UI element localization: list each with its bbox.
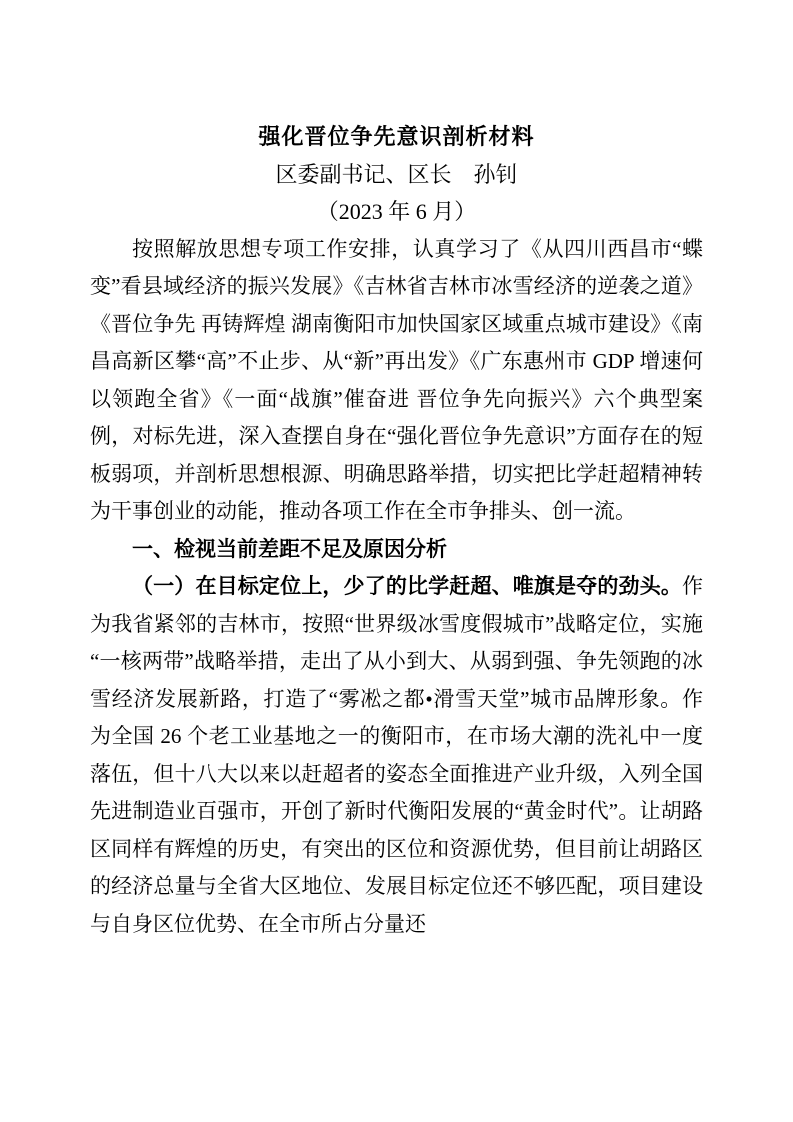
subsection-1-text: 作为我省紧邻的吉林市，按照“世界级冰雪度假城市”战略定位，实施“一核两带”战略举…	[90, 574, 703, 936]
document-page: 强化晋位争先意识剖析材料 区委副书记、区长 孙钊 （2023 年 6 月） 按照…	[0, 0, 793, 1122]
subsection-1-lead: （一）在目标定位上，少了的比学赶超、唯旗是夺的劲头。	[132, 575, 682, 598]
document-content: 强化晋位争先意识剖析材料 区委副书记、区长 孙钊 （2023 年 6 月） 按照…	[90, 118, 703, 943]
paragraph-subsection-1: （一）在目标定位上，少了的比学赶超、唯旗是夺的劲头。作为我省紧邻的吉林市，按照“…	[90, 568, 703, 943]
document-date: （2023 年 6 月）	[90, 193, 703, 231]
document-title: 强化晋位争先意识剖析材料	[90, 118, 703, 156]
document-byline: 区委副书记、区长 孙钊	[90, 156, 703, 194]
paragraph-intro: 按照解放思想专项工作安排，认真学习了《从四川西昌市“蝶变”看县域经济的振兴发展》…	[90, 231, 703, 531]
section-heading-1: 一、检视当前差距不足及原因分析	[90, 531, 703, 569]
